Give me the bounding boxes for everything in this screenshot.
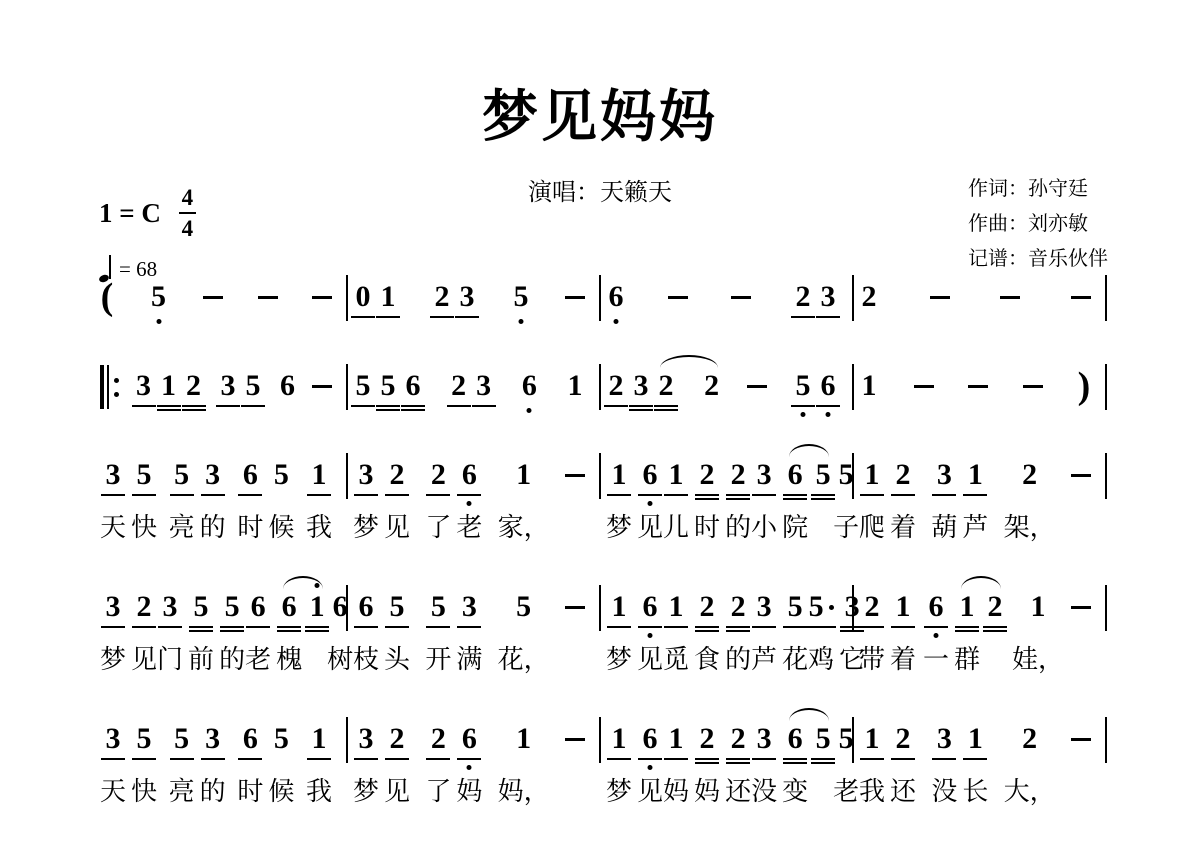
lyric-syllable: 快 <box>131 512 157 542</box>
lyric-syllable: 见 <box>637 512 663 542</box>
barline <box>1105 453 1107 499</box>
note: 3梦 <box>353 722 379 806</box>
note: 1觅 <box>663 590 689 674</box>
key-signature: 1 = C <box>99 198 161 229</box>
note: 3的 <box>200 458 226 542</box>
credit-notation: 记谱：音乐伙伴 <box>968 242 1108 277</box>
measure: 3梦2见2了6老1家， <box>348 458 599 542</box>
lyric-syllable: 小 <box>751 512 777 542</box>
note: 1 <box>307 590 327 624</box>
note: 5 <box>378 369 398 403</box>
note: 3天 <box>100 722 126 806</box>
note: 6妈 <box>456 722 482 806</box>
note: 1儿 <box>663 458 689 542</box>
note: 5头 <box>384 590 410 674</box>
duration-dash <box>312 280 332 314</box>
tempo-value: = 68 <box>119 257 157 282</box>
note: 2见 <box>384 458 410 542</box>
note: 2见 <box>384 722 410 806</box>
note: 2 <box>432 280 452 314</box>
note: 2的 <box>725 590 751 674</box>
note: 6老 <box>245 590 271 674</box>
lyric-syllable: 时 <box>237 776 263 806</box>
lyric-syllable: 亮 <box>169 776 195 806</box>
lyric-syllable: 妈 <box>456 776 482 806</box>
note: 2妈 <box>694 722 720 806</box>
lyric-syllable: 见 <box>637 776 663 806</box>
lyric-syllable: 芦 <box>751 644 777 674</box>
note: 5 <box>511 280 531 314</box>
note: 3 <box>631 369 651 403</box>
note: 3 <box>218 369 238 403</box>
note: 6一 <box>923 590 949 674</box>
duration-dash <box>258 280 278 314</box>
note: 2 <box>184 369 204 403</box>
note: 2带 <box>859 590 885 674</box>
duration-dash <box>1071 722 1091 756</box>
lyric-syllable: 我 <box>306 512 332 542</box>
note: 1 <box>565 369 585 403</box>
note: 1妈， <box>498 722 550 806</box>
lyric-syllable: 枝 <box>353 644 379 674</box>
note: 5候 <box>268 458 294 542</box>
note: 2食 <box>694 590 720 674</box>
duration-dash <box>203 280 223 314</box>
note: 3满 <box>456 590 482 674</box>
lyric-syllable: 大， <box>1004 776 1056 806</box>
credits-block: 作词：孙守廷 作曲：刘亦敏 记谱：音乐伙伴 <box>968 172 1108 277</box>
duration-dash <box>747 369 767 403</box>
note: 3的 <box>200 722 226 806</box>
duration-dash <box>565 280 585 314</box>
note: 2了 <box>425 722 451 806</box>
lyric-syllable: 架， <box>1004 512 1056 542</box>
note: 2见 <box>131 590 157 674</box>
lyric-syllable: 变 <box>782 776 808 806</box>
lyric-syllable: 还 <box>890 776 916 806</box>
system-1: (5012356232 <box>95 280 1107 321</box>
barline <box>1105 717 1107 763</box>
lyric-syllable: 长 <box>962 776 988 806</box>
lyric-syllable: 没 <box>931 776 957 806</box>
note: 5候 <box>268 722 294 806</box>
tempo-marking: = 68 <box>99 254 196 282</box>
note: 5 <box>149 280 169 314</box>
note: 6 <box>519 369 539 403</box>
lyric-syllable: 见 <box>131 644 157 674</box>
note: 2还 <box>890 722 916 806</box>
score: (501235623231235655623612322561)3天5快5亮3的… <box>95 280 1107 850</box>
lyric-syllable: 见 <box>384 512 410 542</box>
note: 1长 <box>962 722 988 806</box>
open-paren: ( <box>100 280 114 314</box>
measure: 1) <box>854 369 1105 403</box>
note: 5 <box>243 369 263 403</box>
note: 5 <box>793 369 813 403</box>
measure: 1梦6见1妈2妈2还3没6变55老 <box>601 722 852 806</box>
note: 6见 <box>637 590 663 674</box>
duration-dash <box>565 458 585 492</box>
lyric-syllable: 见 <box>637 644 663 674</box>
duration-dash <box>914 369 934 403</box>
lyric-syllable: 候 <box>268 776 294 806</box>
note: 2的 <box>725 458 751 542</box>
lyric-syllable: 天 <box>100 512 126 542</box>
note: 3葫 <box>931 458 957 542</box>
note: 1我 <box>859 722 885 806</box>
duration-dash <box>565 722 585 756</box>
duration-dash <box>1000 280 1020 314</box>
lyric-syllable: 梦 <box>100 644 126 674</box>
slur-arc <box>660 355 718 368</box>
lyric-syllable: 梦 <box>606 644 632 674</box>
note: 1娃， <box>1012 590 1064 674</box>
lyric-syllable: 候 <box>268 512 294 542</box>
note: 6 <box>818 369 838 403</box>
repeat-open-sign <box>100 369 119 409</box>
lyric-syllable: 的 <box>200 512 226 542</box>
note: 2着 <box>890 458 916 542</box>
note: 3 <box>818 280 838 314</box>
lyric-syllable: 满 <box>456 644 482 674</box>
note: 5开 <box>425 590 451 674</box>
note: 5前 <box>188 590 214 674</box>
lyric-syllable: 葫 <box>931 512 957 542</box>
slur-arc <box>789 708 829 721</box>
note: 6槐 <box>276 590 302 674</box>
lyric-syllable: 的 <box>725 512 751 542</box>
credit-lyricist: 作词：孙守廷 <box>968 172 1108 207</box>
lyric-syllable: 群 <box>954 644 980 674</box>
lyric-syllable: 着 <box>890 644 916 674</box>
note: 3门 <box>157 590 183 674</box>
note: 2时 <box>694 458 720 542</box>
note: 6见 <box>637 722 663 806</box>
note: 5亮 <box>169 722 195 806</box>
system-4: 3梦2见3门5前5的6老6槐16树6枝5头5开3满5花，1梦6见1觅2食2的3芦… <box>95 590 1107 674</box>
lyric-syllable: 鸡 <box>808 644 834 674</box>
measure: 1爬2着3葫1芦2架， <box>854 458 1105 542</box>
lyric-syllable: 时 <box>237 512 263 542</box>
note: 3梦 <box>353 458 379 542</box>
duration-dash <box>565 590 585 624</box>
duration-dash <box>312 369 332 403</box>
slur-arc <box>789 444 829 457</box>
note: 6见 <box>637 458 663 542</box>
note: 2 <box>702 369 722 403</box>
slur-arc <box>283 576 323 589</box>
lyric-syllable: 梦 <box>606 776 632 806</box>
time-signature: 4 4 <box>179 186 196 240</box>
note: 1梦 <box>606 458 632 542</box>
note: 5的 <box>219 590 245 674</box>
note: 5 <box>813 458 833 492</box>
barline <box>1105 275 1107 321</box>
lyric-syllable: 开 <box>425 644 451 674</box>
note: 5花， <box>498 590 550 674</box>
note: 3梦 <box>100 590 126 674</box>
lyric-syllable: 家， <box>498 512 550 542</box>
note: 2 <box>859 280 879 314</box>
lyric-syllable: 了 <box>425 776 451 806</box>
lyric-syllable: 的 <box>200 776 226 806</box>
duration-dash <box>731 280 751 314</box>
system-2: 31235655623612322561) <box>95 369 1107 410</box>
note: 5 <box>813 722 833 756</box>
duration-dash <box>930 280 950 314</box>
lyric-syllable: 了 <box>425 512 451 542</box>
measure: 2带1着6一1群21娃， <box>854 590 1105 674</box>
note: 0 <box>353 280 373 314</box>
lyric-syllable: 我 <box>306 776 332 806</box>
note: 3 <box>134 369 154 403</box>
note: 2架， <box>1004 458 1056 542</box>
note: 6 <box>606 280 626 314</box>
lyric-syllable: 妈 <box>694 776 720 806</box>
measure: (5 <box>95 280 346 314</box>
note: 5鸡 <box>808 590 834 674</box>
note: 1梦 <box>606 590 632 674</box>
measure: 3天5快5亮3的6时5候1我 <box>95 722 346 806</box>
lyric-syllable: 老 <box>245 644 271 674</box>
lyric-syllable: 觅 <box>663 644 689 674</box>
lyric-syllable: 花 <box>782 644 808 674</box>
measure: 5562361 <box>348 369 599 403</box>
note: 1我 <box>306 722 332 806</box>
duration-dash <box>1071 280 1091 314</box>
note: 6 <box>278 369 298 403</box>
note: 2 <box>449 369 469 403</box>
lyric-syllable: 梦 <box>353 776 379 806</box>
barline <box>1105 364 1107 410</box>
note: 1梦 <box>606 722 632 806</box>
lyric-syllable: 亮 <box>169 512 195 542</box>
note: 6 <box>403 369 423 403</box>
measure: 2 <box>854 280 1105 314</box>
key-tempo-block: 1 = C 4 4 = 68 <box>99 186 196 282</box>
note: 5 <box>353 369 373 403</box>
note: 1家， <box>498 458 550 542</box>
note: 6老 <box>456 458 482 542</box>
note: 1爬 <box>859 458 885 542</box>
fraction-line <box>179 212 196 214</box>
measure: 1我2还3没1长2大， <box>854 722 1105 806</box>
lyric-syllable: 前 <box>188 644 214 674</box>
lyric-syllable: 娃， <box>1012 644 1064 674</box>
lyric-syllable: 老 <box>456 512 482 542</box>
note: 6时 <box>237 722 263 806</box>
lyric-syllable: 妈， <box>498 776 550 806</box>
note: 6变 <box>782 722 808 806</box>
note: 6时 <box>237 458 263 542</box>
note: 3 <box>474 369 494 403</box>
close-paren: ) <box>1077 369 1091 403</box>
note: 1 <box>859 369 879 403</box>
measure: 623 <box>601 280 852 314</box>
note: 2 <box>606 369 626 403</box>
note: 5快 <box>131 458 157 542</box>
lyric-syllable: 见 <box>384 776 410 806</box>
measure: 1梦6见1儿2时2的3小6院55子 <box>601 458 852 542</box>
lyric-syllable: 梦 <box>606 512 632 542</box>
barline <box>1105 585 1107 631</box>
note: 1 <box>378 280 398 314</box>
measure: 3梦2见2了6妈1妈， <box>348 722 599 806</box>
measure: 232256 <box>601 369 852 403</box>
lyric-syllable: 着 <box>890 512 916 542</box>
note: 1着 <box>890 590 916 674</box>
note: 6院 <box>782 458 808 542</box>
lyric-syllable: 食 <box>694 644 720 674</box>
measure: 312356 <box>95 369 346 409</box>
note: 3小 <box>751 458 777 542</box>
measure: 6枝5头5开3满5花， <box>348 590 599 674</box>
note: 5亮 <box>169 458 195 542</box>
lyric-syllable: 时 <box>694 512 720 542</box>
lyric-syllable: 头 <box>384 644 410 674</box>
lyric-syllable: 芦 <box>962 512 988 542</box>
duration-dash <box>668 280 688 314</box>
note: 2大， <box>1004 722 1056 806</box>
note: 2 <box>793 280 813 314</box>
measure: 1梦6见1觅2食2的3芦5花5鸡3它 <box>601 590 852 674</box>
note: 5快 <box>131 722 157 806</box>
song-title: 梦见妈妈 <box>0 0 1200 150</box>
note: 3芦 <box>751 590 777 674</box>
lyric-syllable: 还 <box>725 776 751 806</box>
measure: 3梦2见3门5前5的6老6槐16树 <box>95 590 346 674</box>
lyric-syllable: 爬 <box>859 512 885 542</box>
lyric-syllable: 梦 <box>353 512 379 542</box>
lyric-syllable: 我 <box>859 776 885 806</box>
note: 2 <box>656 369 676 403</box>
duration-dash <box>1023 369 1043 403</box>
note: 1群 <box>954 590 980 674</box>
measure: 3天5快5亮3的6时5候1我 <box>95 458 346 542</box>
note: 3天 <box>100 458 126 542</box>
note: 5花 <box>782 590 808 674</box>
meter-denominator: 4 <box>182 217 194 240</box>
duration-dash <box>968 369 988 403</box>
lyric-syllable: 快 <box>131 776 157 806</box>
lyric-syllable: 儿 <box>663 512 689 542</box>
system-5: 3天5快5亮3的6时5候1我3梦2见2了6妈1妈，1梦6见1妈2妈2还3没6变5… <box>95 722 1107 806</box>
lyric-syllable: 妈 <box>663 776 689 806</box>
lyric-syllable: 天 <box>100 776 126 806</box>
lyric-syllable: 花， <box>498 644 550 674</box>
sheet-music-page: 梦见妈妈 演唱：天籁天 作词：孙守廷 作曲：刘亦敏 记谱：音乐伙伴 1 = C … <box>0 0 1200 850</box>
duration-dash <box>1071 590 1091 624</box>
note: 3没 <box>751 722 777 806</box>
credit-composer: 作曲：刘亦敏 <box>968 207 1108 242</box>
note: 1 <box>159 369 179 403</box>
note: 2 <box>985 590 1005 624</box>
note: 2了 <box>425 458 451 542</box>
note: 1妈 <box>663 722 689 806</box>
lyric-syllable: 门 <box>157 644 183 674</box>
slur-arc <box>961 576 1001 589</box>
note: 3没 <box>931 722 957 806</box>
lyric-syllable: 带 <box>859 644 885 674</box>
note: 1芦 <box>962 458 988 542</box>
lyric-syllable: 院 <box>782 512 808 542</box>
meter-numerator: 4 <box>182 186 194 209</box>
lyric-syllable: 没 <box>751 776 777 806</box>
duration-dash <box>1071 458 1091 492</box>
measure: 01235 <box>348 280 599 314</box>
lyric-syllable: 槐 <box>276 644 302 674</box>
system-3: 3天5快5亮3的6时5候1我3梦2见2了6老1家，1梦6见1儿2时2的3小6院5… <box>95 458 1107 542</box>
note: 6枝 <box>353 590 379 674</box>
lyric-syllable: 一 <box>923 644 949 674</box>
note: 2还 <box>725 722 751 806</box>
note: 1我 <box>306 458 332 542</box>
lyric-syllable: 的 <box>219 644 245 674</box>
lyric-syllable: 的 <box>725 644 751 674</box>
note: 3 <box>457 280 477 314</box>
